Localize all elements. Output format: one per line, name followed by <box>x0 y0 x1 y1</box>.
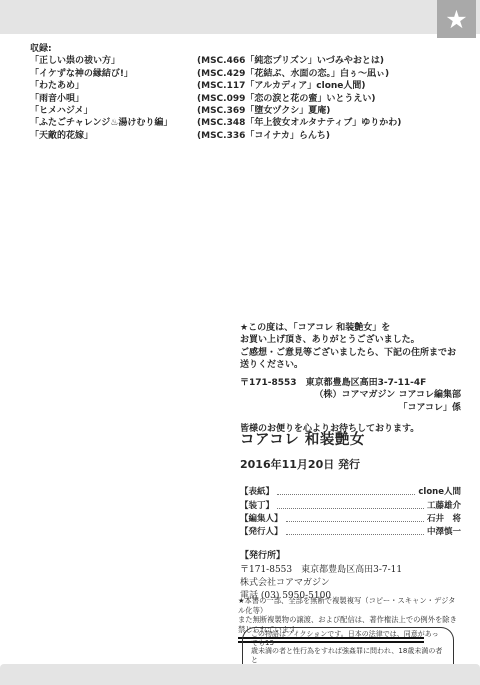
bottom-gray-band <box>0 664 480 685</box>
story-title: 「ヒメハジメ」 <box>30 105 197 117</box>
colophon: コアコレ 和装艶女 2016年11月20日 発行 【表紙】clone人間【装丁】… <box>240 428 461 603</box>
toc-row: 「わたあめ」(MSC.117「アルカディア」clone人間) <box>30 80 401 92</box>
notice-line: ★この度は、「コアコレ 和装艶女」を <box>240 322 461 334</box>
credit-label: 【編集人】 <box>240 512 283 524</box>
table-of-contents: 収録: 「正しい祟の祓い方」(MSC.466「純恋プリズン」いづみやおとは)「イ… <box>30 43 401 142</box>
story-title: 「正しい祟の祓い方」 <box>30 55 197 67</box>
publisher-line: 株式会社コアマガジン <box>240 577 461 590</box>
toc-row: 「天敵的花嫁」(MSC.336「コイナカ」らんち) <box>30 130 401 142</box>
dotted-leader <box>277 494 415 495</box>
credit-name: 工藤雄介 <box>427 499 461 511</box>
toc-row: 「雨音小唄」(MSC.099「恋の涙と花の蜜」いとうえい) <box>30 93 401 105</box>
credit-label: 【発行人】 <box>240 525 283 537</box>
star-icon: ★ <box>445 7 467 32</box>
issue-date: 2016年11月20日 発行 <box>240 456 461 472</box>
credit-row: 【発行人】中澤慎一 <box>240 524 461 537</box>
fiction-line: この物語はフィクションです。日本の法律では、同意があっても13 <box>251 630 445 647</box>
credit-name: 石井 将 <box>427 512 461 524</box>
story-source: (MSC.117「アルカディア」clone人間) <box>197 80 366 92</box>
toc-row: 「正しい祟の祓い方」(MSC.466「純恋プリズン」いづみやおとは) <box>30 55 401 67</box>
address-line: 「コアコレ」係 <box>240 402 461 414</box>
address-line: （株）コアマガジン コアコレ編集部 <box>240 389 461 401</box>
notice-line: お買い上げ頂き、ありがとうございました。 <box>240 334 461 346</box>
story-source: (MSC.429「花結ぶ、水面の恋。」白ぅ～凪ぃ) <box>197 68 389 80</box>
toc-heading: 収録: <box>30 43 401 55</box>
publisher-label: 【発行所】 <box>240 550 461 563</box>
toc-row: 「イケずな神の縁結び!」(MSC.429「花結ぶ、水面の恋。」白ぅ～凪ぃ) <box>30 68 401 80</box>
dotted-leader <box>277 508 424 509</box>
dotted-leader <box>286 534 424 535</box>
toc-row: 「ふたごチャレンジ♨湯けむり編」(MSC.348「年上彼女オルタナティブ」ゆりか… <box>30 117 401 129</box>
credits-list: 【表紙】clone人間【装丁】工藤雄介【編集人】石井 将【発行人】中澤慎一 <box>240 484 461 537</box>
story-source: (MSC.369「堕女ヅクシ」夏庵) <box>197 105 330 117</box>
copyright-line: また無断複製物の譲渡、および配信は、著作権法上での例外を除き <box>238 615 462 625</box>
credit-row: 【表紙】clone人間 <box>240 484 461 497</box>
reader-notice: ★この度は、「コアコレ 和装艶女」をお買い上げ頂き、ありがとうございました。ご感… <box>240 322 461 435</box>
publisher-line: 〒171-8553 東京都豊島区高田3-7-11 <box>240 564 461 577</box>
notice-line: 送りください。 <box>240 359 461 371</box>
story-title: 「雨音小唄」 <box>30 93 197 105</box>
credit-row: 【編集人】石井 将 <box>240 511 461 524</box>
dotted-leader <box>286 521 424 522</box>
editorial-address: 〒171-8553 東京都豊島区高田3-7-11-4F （株）コアマガジン コア… <box>240 377 461 414</box>
credit-name: clone人間 <box>418 485 461 497</box>
credit-row: 【装丁】工藤雄介 <box>240 497 461 510</box>
credit-label: 【表紙】 <box>240 485 274 497</box>
credit-label: 【装丁】 <box>240 499 274 511</box>
story-title: 「わたあめ」 <box>30 80 197 92</box>
story-source: (MSC.099「恋の涙と花の蜜」いとうえい) <box>197 93 375 105</box>
favorite-star-tab[interactable]: ★ <box>437 0 476 38</box>
story-title: 「ふたごチャレンジ♨湯けむり編」 <box>30 117 197 129</box>
top-gray-band <box>0 0 480 34</box>
copyright-line: ★本書の一部、全部を無断で複製複写（コピー・スキャン・デジタル化等） <box>238 596 462 615</box>
toc-entry-list: 「正しい祟の祓い方」(MSC.466「純恋プリズン」いづみやおとは)「イケずな神… <box>30 55 401 142</box>
address-line: 〒171-8553 東京都豊島区高田3-7-11-4F <box>240 377 461 389</box>
story-title: 「天敵的花嫁」 <box>30 130 197 142</box>
story-title: 「イケずな神の縁結び!」 <box>30 68 197 80</box>
book-title: コアコレ 和装艶女 <box>240 428 461 449</box>
story-source: (MSC.466「純恋プリズン」いづみやおとは) <box>197 55 384 67</box>
story-source: (MSC.348「年上彼女オルタナティブ」ゆりかわ) <box>197 117 401 129</box>
toc-row: 「ヒメハジメ」(MSC.369「堕女ヅクシ」夏庵) <box>30 105 401 117</box>
notice-line: ご感想・ご意見等ございましたら、下記の住所までお <box>240 347 461 359</box>
credit-name: 中澤慎一 <box>427 525 461 537</box>
story-source: (MSC.336「コイナカ」らんち) <box>197 130 330 142</box>
notice-lines: ★この度は、「コアコレ 和装艶女」をお買い上げ頂き、ありがとうございました。ご感… <box>240 322 461 371</box>
fiction-line: 歳未満の者と性行為をすれば強姦罪に問われ、18歳未満の者と <box>251 647 445 664</box>
